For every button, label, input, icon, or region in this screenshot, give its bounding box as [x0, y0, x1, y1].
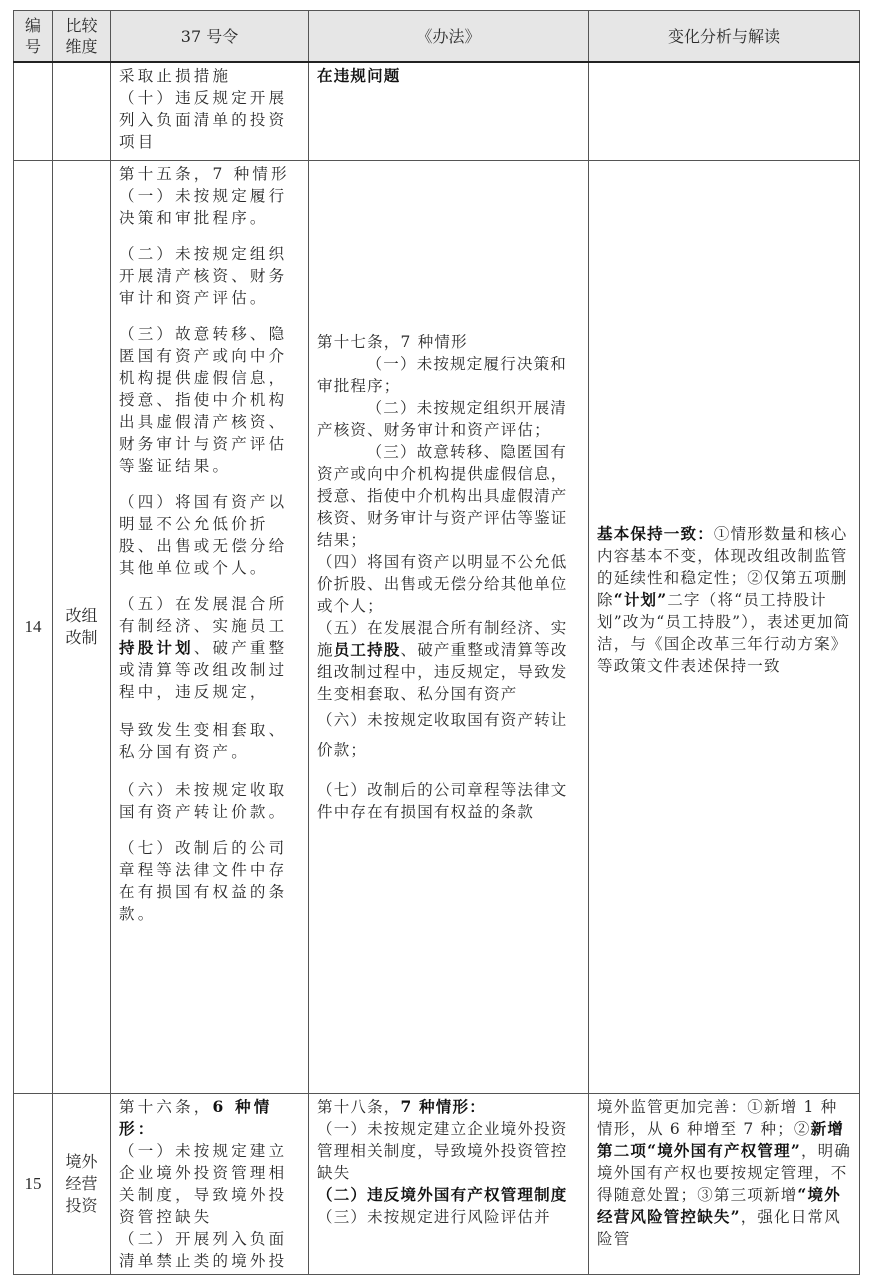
analysis-body: 境外监管更加完善：①新增 1 种情形，从 6 种增至 7 种；②	[597, 1098, 837, 1138]
order37-item: 导致发生变相套取、私分国有资产。	[119, 719, 302, 763]
analysis-cell	[589, 62, 860, 161]
row-dimension: 改组 改制	[53, 161, 111, 1094]
measures-line: 在违规问题	[317, 65, 582, 87]
order37-title: 第十五条，7 种情形	[119, 163, 302, 185]
measures-cell: 在违规问题	[309, 62, 589, 161]
analysis-highlight: “计划”	[614, 590, 668, 609]
header-analysis: 变化分析与解读	[589, 11, 860, 63]
order37-item: （五）在发展混合所有制经济、实施员工持股计划、破产重整或清算等改组改制过程中，违…	[119, 593, 302, 703]
order37-item: （二）未按规定组织开展清产核资、财务审计和资产评估。	[119, 243, 302, 309]
header-order37: 37 号令	[111, 11, 309, 63]
measures-title-count: 7 种情形：	[401, 1097, 486, 1116]
order37-item: （七）改制后的公司章程等法律文件中存在有损国有权益的条款。	[119, 837, 302, 925]
dimension-line: 改组	[53, 605, 110, 627]
table-row: 14 改组 改制 第十五条，7 种情形 （一）未按规定履行决策和审批程序。 （二…	[14, 161, 860, 1094]
order37-item: （一）未按规定建立企业境外投资管理相关制度，导致境外投资管控缺失	[119, 1140, 302, 1228]
order37-cell: 采取止损措施 （十）违反规定开展 列入负面清单的投资 项目	[111, 62, 309, 161]
measures-title-text: 第十八条，	[317, 1098, 401, 1116]
row-number: 15	[14, 1094, 53, 1275]
measures-item: （一）未按规定履行决策和审批程序；	[317, 353, 582, 397]
analysis-cell: 基本保持一致：①情形数量和核心内容基本不变，体现改组改制监管的延续性和稳定性；②…	[589, 161, 860, 1094]
row-number: 14	[14, 161, 53, 1094]
order37-item: （一）未按规定履行决策和审批程序。	[119, 185, 302, 229]
order37-item: （四）将国有资产以明显不公允低价折股、出售或无偿分给其他单位或个人。	[119, 491, 302, 579]
order37-line: （十）违反规定开展	[119, 87, 302, 109]
analysis-text: 境外监管更加完善：①新增 1 种情形，从 6 种增至 7 种；②新增第二项“境外…	[597, 1096, 853, 1250]
header-number-line2: 号	[14, 36, 52, 57]
dimension-line: 境外	[53, 1151, 110, 1173]
dimension-line: 投资	[53, 1195, 110, 1217]
measures-title: 第十七条，7 种情形	[317, 331, 582, 353]
measures-item: （二）未按规定组织开展清产核资、财务审计和资产评估；	[317, 397, 582, 441]
measures-cell: 第十八条，7 种情形： （一）未按规定建立企业境外投资管理相关制度，导致境外投资…	[309, 1094, 589, 1275]
order37-text: （五）在发展混合所有制经济、实施员工	[119, 595, 287, 635]
analysis-cell: 境外监管更加完善：①新增 1 种情形，从 6 种增至 7 种；②新增第二项“境外…	[589, 1094, 860, 1275]
measures-item: （三）故意转移、隐匿国有资产或向中介机构提供虚假信息，授意、指使中介机构出具虚假…	[317, 441, 582, 551]
header-measures: 《办法》	[309, 11, 589, 63]
measures-item: （三）未按规定进行风险评估并	[317, 1206, 582, 1228]
analysis-lead: 基本保持一致：	[597, 524, 714, 543]
measures-cell: 第十七条，7 种情形 （一）未按规定履行决策和审批程序； （二）未按规定组织开展…	[309, 161, 589, 1094]
table-row: 采取止损措施 （十）违反规定开展 列入负面清单的投资 项目 在违规问题	[14, 62, 860, 161]
measures-highlight: 员工持股	[334, 640, 401, 659]
order37-item: （三）故意转移、隐匿国有资产或向中介机构提供虚假信息，授意、指使中介机构出具虚假…	[119, 323, 302, 477]
order37-title: 第十六条，6 种情形：	[119, 1096, 302, 1140]
measures-item: （五）在发展混合所有制经济、实施员工持股、破产重整或清算等改组改制过程中，违反规…	[317, 617, 582, 705]
table-header-row: 编 号 比较 维度 37 号令 《办法》 变化分析与解读	[14, 11, 860, 63]
dimension-line: 改制	[53, 627, 110, 649]
measures-item: （二）违反境外国有产权管理制度	[317, 1184, 582, 1206]
row-dimension-cell	[53, 62, 111, 161]
measures-title: 第十八条，7 种情形：	[317, 1096, 582, 1118]
header-number-line1: 编	[14, 15, 52, 36]
row-dimension: 境外 经营 投资	[53, 1094, 111, 1275]
order37-title-text: 第十六条，	[119, 1098, 213, 1116]
header-dimension: 比较 维度	[53, 11, 111, 63]
measures-item: （六）未按规定收取国有资产转让价款；	[317, 705, 582, 765]
row-number-cell	[14, 62, 53, 161]
order37-item: （二）开展列入负面清单禁止类的境外投	[119, 1228, 302, 1272]
measures-item: （七）改制后的公司章程等法律文件中存在有损国有权益的条款	[317, 779, 582, 823]
measures-item: （四）将国有资产以明显不公允低价折股、出售或无偿分给其他单位或个人；	[317, 551, 582, 617]
order37-highlight: 持股计划	[119, 638, 194, 657]
order37-item: （六）未按规定收取国有资产转让价款。	[119, 779, 302, 823]
table-row: 15 境外 经营 投资 第十六条，6 种情形： （一）未按规定建立企业境外投资管…	[14, 1094, 860, 1275]
header-dimension-line1: 比较	[53, 15, 110, 36]
order37-cell: 第十六条，6 种情形： （一）未按规定建立企业境外投资管理相关制度，导致境外投资…	[111, 1094, 309, 1275]
order37-line: 采取止损措施	[119, 65, 302, 87]
comparison-table: 编 号 比较 维度 37 号令 《办法》 变化分析与解读 采取止损措施 （十）违…	[13, 10, 860, 1275]
order37-line: 项目	[119, 131, 302, 153]
header-number: 编 号	[14, 11, 53, 63]
dimension-line: 经营	[53, 1173, 110, 1195]
header-dimension-line2: 维度	[53, 36, 110, 57]
order37-line: 列入负面清单的投资	[119, 109, 302, 131]
measures-item: （一）未按规定建立企业境外投资管理相关制度，导致境外投资管控缺失	[317, 1118, 582, 1184]
analysis-text: 基本保持一致：①情形数量和核心内容基本不变，体现改组改制监管的延续性和稳定性；②…	[597, 523, 853, 677]
order37-cell: 第十五条，7 种情形 （一）未按规定履行决策和审批程序。 （二）未按规定组织开展…	[111, 161, 309, 1094]
